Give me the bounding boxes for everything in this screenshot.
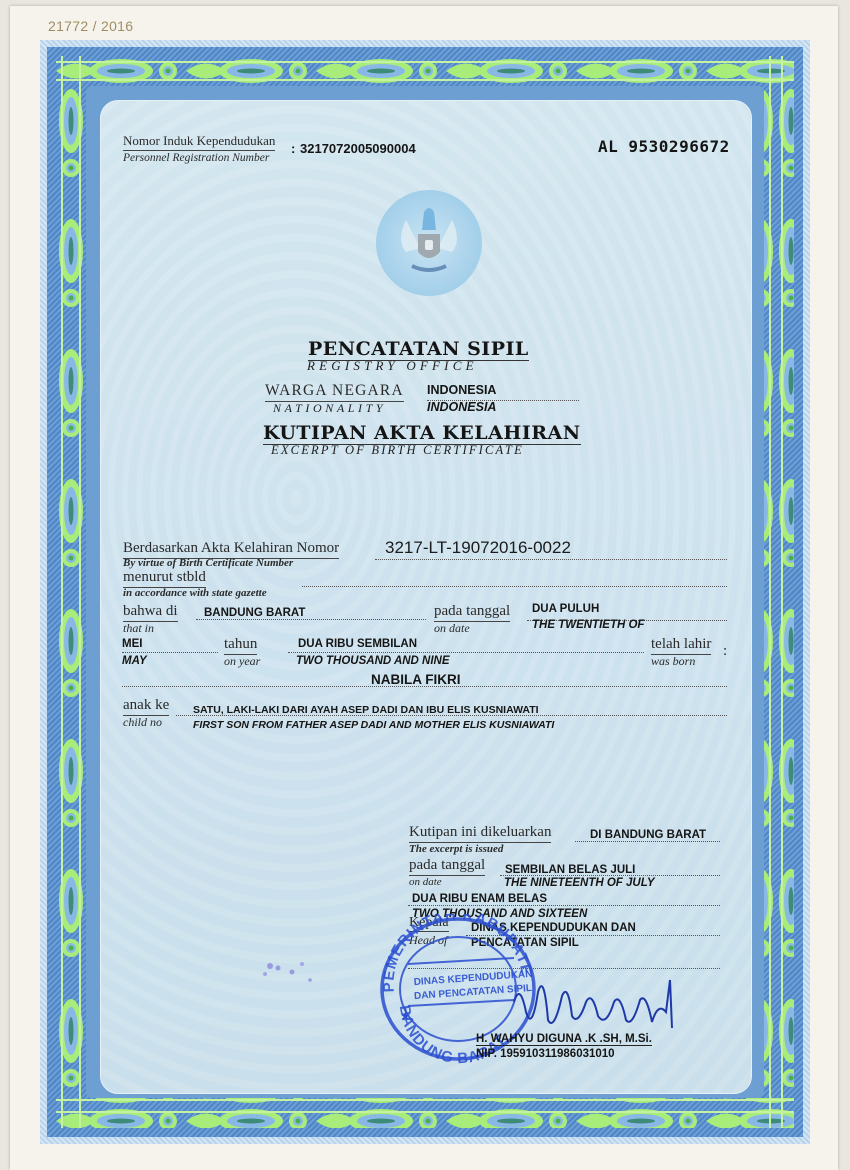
place-dotted-line (196, 619, 426, 620)
place-value: BANDUNG BARAT (204, 607, 305, 619)
gazette-label-en: in accordance with state gazette (123, 587, 267, 599)
nationality-value: INDONESIA (427, 383, 496, 397)
year-dotted-line (288, 652, 644, 653)
month-dotted-line (122, 652, 218, 653)
month-value: MEI (122, 638, 142, 650)
nik-label-en: Personnel Registration Number (123, 152, 269, 164)
gazette-label: menurut stbld (123, 569, 206, 588)
nik-label: Nomor Induk Kependudukan (123, 133, 275, 151)
issued-place: DI BANDUNG BARAT (590, 829, 706, 841)
born-label: telah lahir (651, 636, 711, 655)
child-no-label: anak ke (123, 697, 169, 716)
place-label: bahwa di (123, 603, 178, 622)
nik-separator: : (291, 141, 295, 156)
born-colon: : (723, 643, 727, 660)
official-name: H. WAHYU DIGUNA .K .SH, M.Si. (476, 1033, 652, 1046)
child-no-value: SATU, LAKI-LAKI DARI AYAH ASEP DADI DAN … (193, 704, 539, 716)
ink-smudge (250, 952, 320, 988)
born-label-en: was born (651, 654, 695, 669)
document-title-en: EXCERPT OF BIRTH CERTIFICATE (271, 443, 524, 458)
cert-number-dotted-line (375, 559, 727, 560)
issued-date-dotted-line (500, 875, 720, 876)
year-label-en: on year (224, 654, 260, 669)
document-title: KUTIPAN AKTA KELAHIRAN (263, 422, 581, 445)
official-nip: NIP. 195910311986031010 (476, 1048, 615, 1060)
cert-number-label-en: By virtue of Birth Certificate Number (123, 557, 293, 569)
svg-text:★: ★ (400, 1009, 411, 1023)
serial-number: 21772 / 2016 (48, 18, 133, 34)
date-value: DUA PULUH (532, 603, 599, 615)
issued-date-label-en: on date (409, 876, 442, 888)
year-label: tahun (224, 636, 257, 655)
issued-year-value: DUA RIBU ENAM BELAS (412, 893, 547, 905)
month-value-en: MAY (122, 655, 147, 667)
cert-number-value: 3217-LT-19072016-0022 (385, 538, 571, 558)
date-label: pada tanggal (434, 603, 510, 622)
child-name: NABILA FIKRI (371, 672, 461, 687)
nik-value: 3217072005090004 (300, 141, 416, 156)
issued-year-dotted-line (408, 905, 720, 906)
year-value: DUA RIBU SEMBILAN (298, 638, 417, 650)
nationality-value-en: INDONESIA (427, 400, 496, 414)
garuda-emblem-icon (376, 190, 482, 296)
child-no-label-en: child no (123, 715, 162, 730)
gazette-dotted-line (302, 586, 727, 587)
issued-label-en: The excerpt is issued (409, 843, 503, 855)
child-no-value-en: FIRST SON FROM FATHER ASEP DADI AND MOTH… (193, 719, 554, 731)
date-label-en: on date (434, 621, 470, 636)
nationality-label-en: NATIONALITY (273, 401, 386, 416)
issued-label: Kutipan ini dikeluarkan (409, 824, 551, 843)
signature (510, 972, 690, 1042)
form-number: AL 9530296672 (598, 137, 730, 156)
issued-date-label: pada tanggal (409, 857, 485, 876)
issued-place-dotted-line (575, 841, 720, 842)
issued-date-value-en: THE NINETEENTH OF JULY (504, 877, 655, 889)
nationality-label: WARGA NEGARA (265, 382, 404, 402)
date-value-en: THE TWENTIETH OF (532, 619, 644, 631)
year-value-en: TWO THOUSAND AND NINE (296, 655, 450, 667)
place-label-en: that in (123, 621, 154, 636)
office-title-en: REGISTRY OFFICE (307, 358, 478, 374)
